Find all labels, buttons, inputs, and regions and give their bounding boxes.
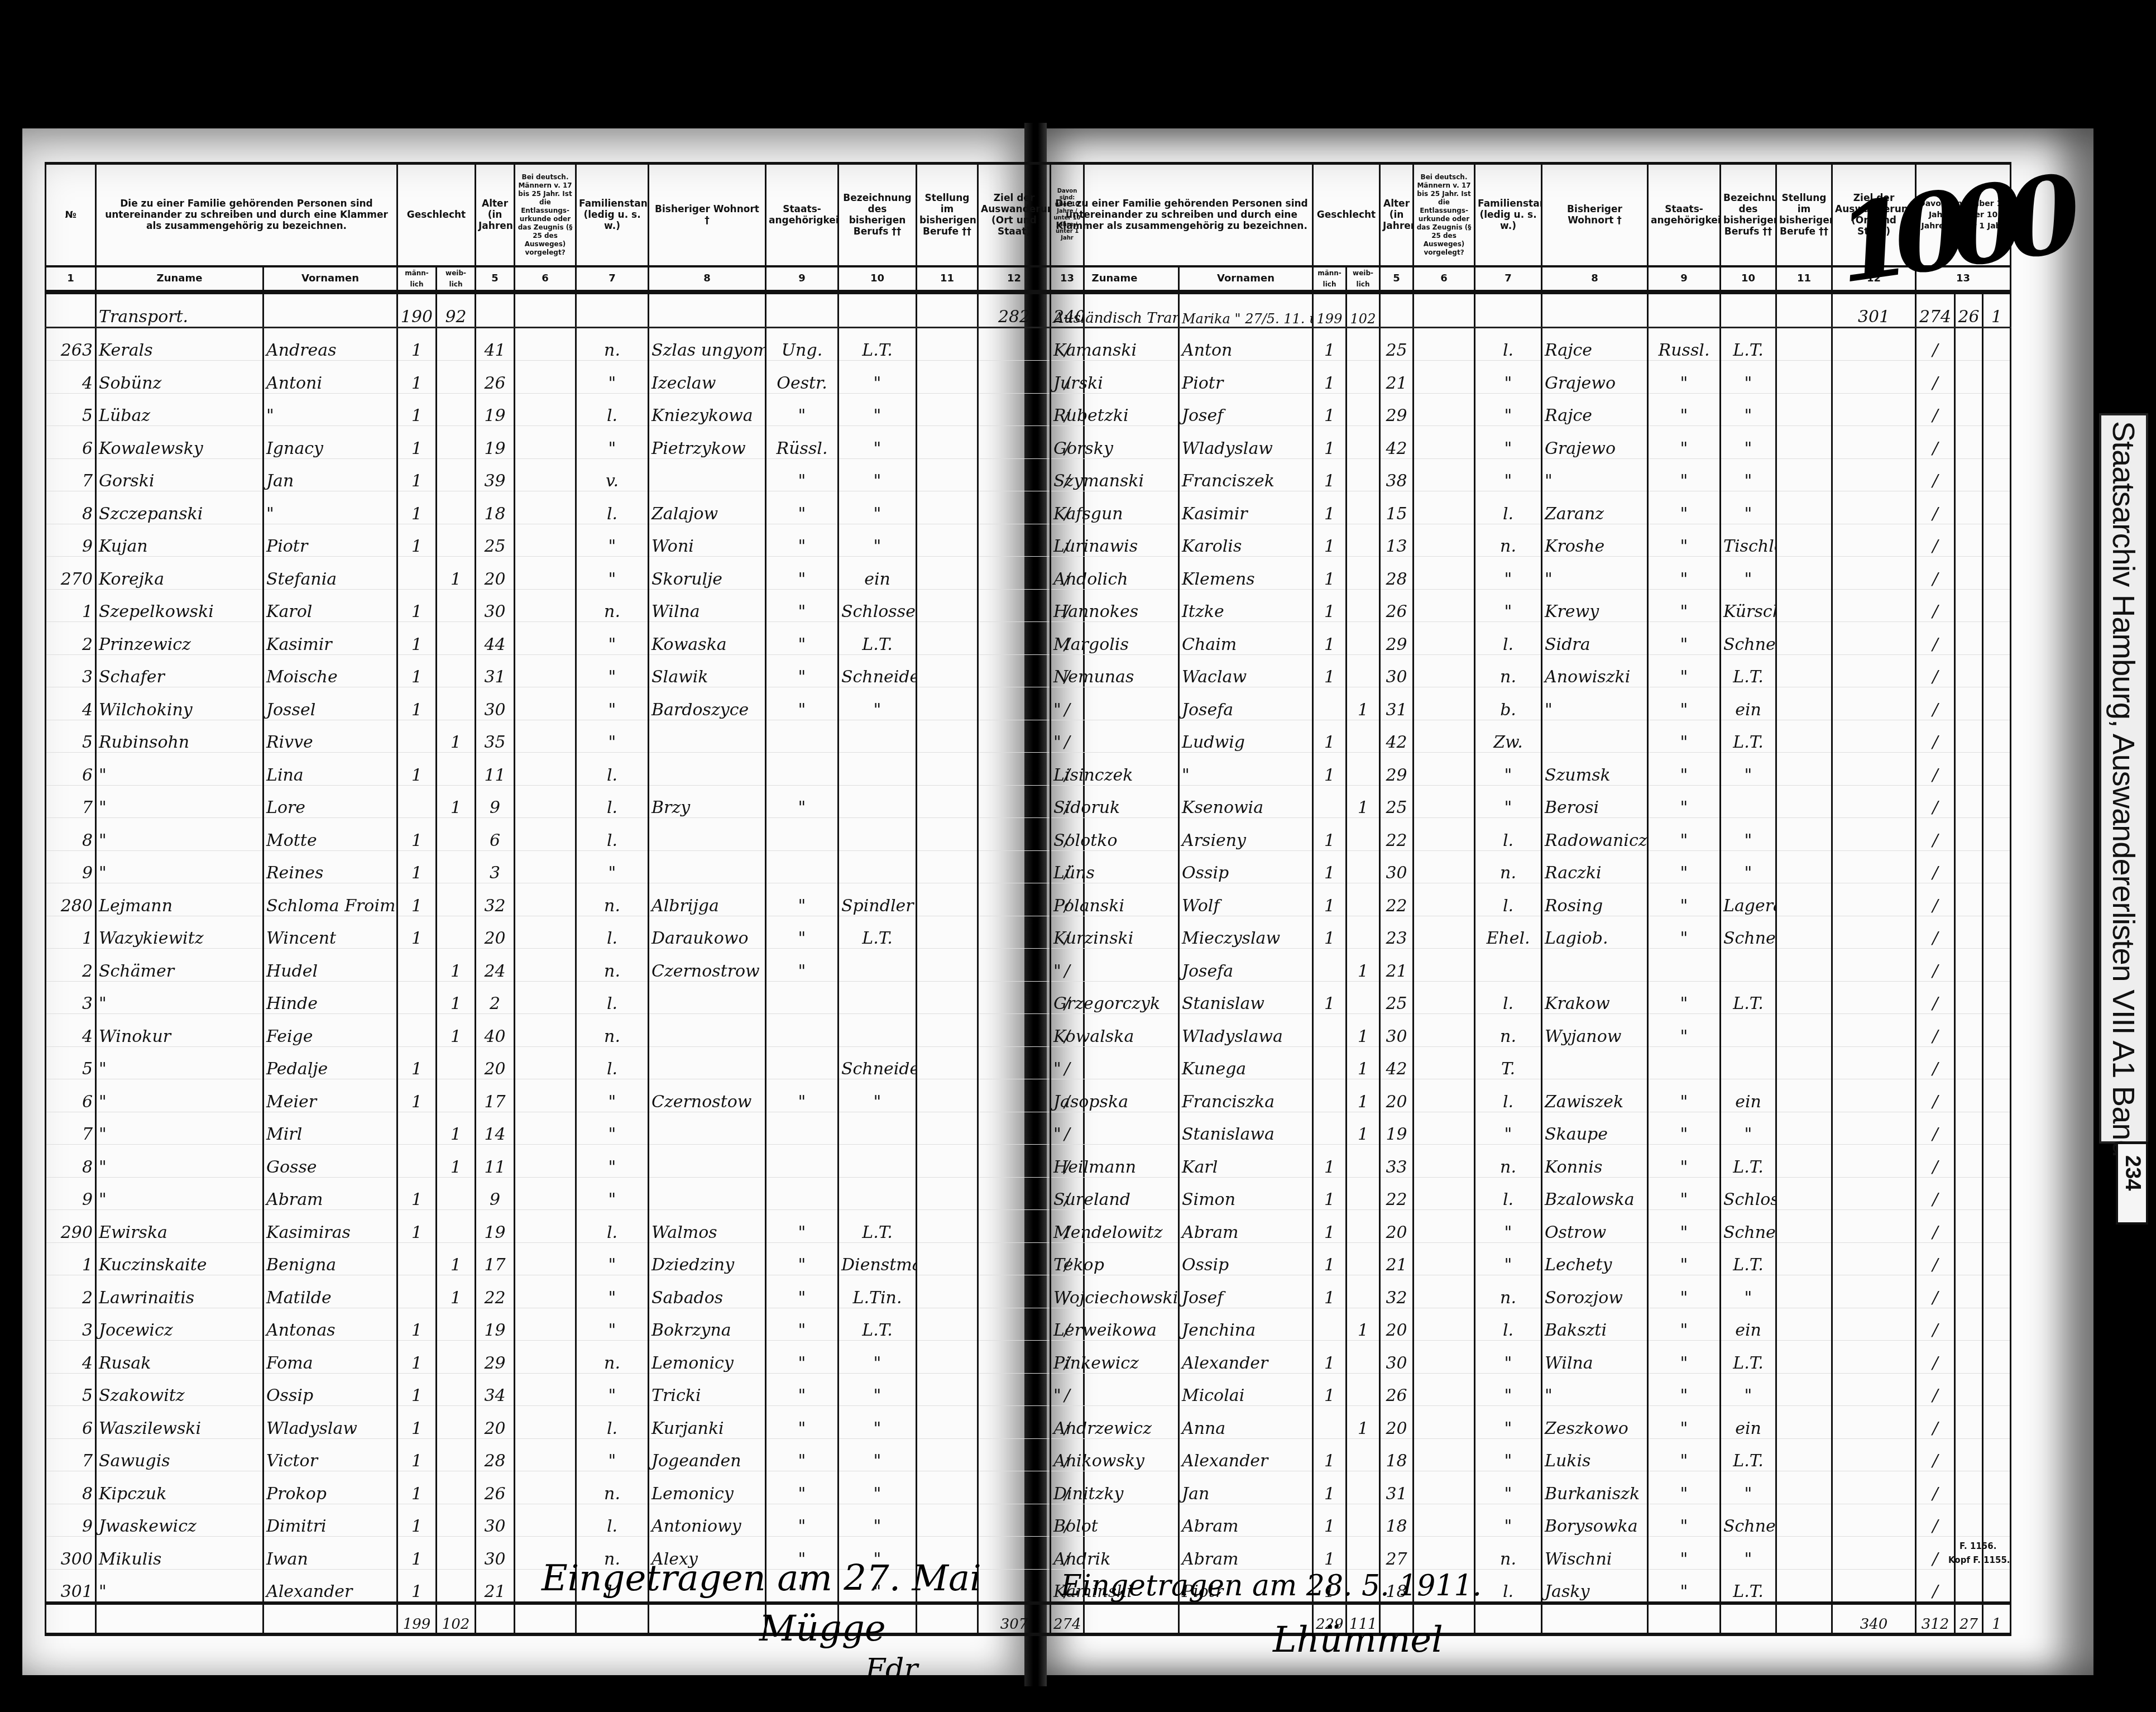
occupation (1721, 1046, 1776, 1079)
davon-under1 (1983, 1014, 2011, 1047)
transport-row: Transport. 190 92 282 240 (46, 292, 1084, 327)
military-doc (1414, 1471, 1475, 1504)
davon-under10 (1955, 491, 1983, 524)
position (917, 1308, 978, 1341)
residence: Jasky (1542, 1569, 1648, 1603)
col-num: 7 (576, 266, 649, 292)
family-status: n. (1475, 654, 1542, 687)
female-mark: 1 (1347, 785, 1380, 818)
occupation: L.T. (1721, 1242, 1776, 1275)
table-row: 263KeralsAndreas141n.Szlas ungyomasiUng.… (46, 327, 1084, 361)
given-name: Schloma Froim (263, 883, 397, 916)
position (917, 458, 978, 491)
davon-tick: / (1916, 327, 1955, 361)
destination (978, 1242, 1051, 1275)
family-status: b. (1475, 687, 1542, 720)
position (917, 622, 978, 655)
destination (1832, 1145, 1916, 1178)
age: 23 (1380, 916, 1414, 949)
age: 20 (1380, 1210, 1414, 1243)
residence (1542, 720, 1648, 753)
military-doc (515, 1438, 576, 1471)
family-status: l. (576, 1046, 649, 1079)
given-name: Victor (263, 1438, 397, 1471)
transport-reference: Marika " 27/5. 11. u. 44. (1179, 292, 1313, 327)
surname: Lejmann (96, 883, 263, 916)
male-mark: 1 (397, 393, 437, 426)
female-mark (1347, 1275, 1380, 1308)
position (1776, 361, 1832, 394)
residence: Szumsk (1542, 753, 1648, 786)
male-mark: 1 (397, 850, 437, 883)
occupation: Schneiderg. (839, 654, 917, 687)
davon-under10 (1955, 1275, 1983, 1308)
residence: Zalajow (649, 491, 766, 524)
davon-under10 (1955, 1145, 1983, 1178)
residence: Izeclaw (649, 361, 766, 394)
given-name: Waclaw (1179, 654, 1313, 687)
age: 29 (1380, 393, 1414, 426)
residence: Krakow (1542, 981, 1648, 1014)
position (1776, 720, 1832, 753)
davon-under1 (1983, 1308, 2011, 1341)
surname: " (96, 1046, 263, 1079)
header-family-note: Die zu einer Familie gehörenden Personen… (96, 164, 397, 267)
tick-mark-icon: / (1932, 341, 1938, 360)
davon-under1 (1983, 1471, 2011, 1504)
female-mark (1347, 1145, 1380, 1178)
tick-mark-icon: / (1932, 1125, 1938, 1144)
given-name: " (263, 393, 397, 426)
position (917, 1438, 978, 1471)
occupation: " (839, 1406, 917, 1439)
family-status: " (576, 1373, 649, 1406)
position (1776, 1569, 1832, 1603)
destination (1832, 1471, 1916, 1504)
table-row: "Josefa131b.""ein/ (1051, 687, 2011, 720)
age: 33 (1380, 1145, 1414, 1178)
col-num: 10 (839, 266, 917, 292)
nationality: " (766, 1242, 839, 1275)
table-row: LerweikowaJenchina120l.Bakszti"ein/ (1051, 1308, 2011, 1341)
davon-tick: / (1916, 1242, 1955, 1275)
family-status: " (1475, 426, 1542, 459)
table-row: 8Szczepanski"118l.Zalajow""/ (46, 491, 1084, 524)
archive-label-text: Staatsarchiv Hamburg, Auswandererlisten … (2106, 421, 2142, 1157)
occupation: ein (1721, 687, 1776, 720)
military-doc (1414, 1341, 1475, 1374)
position (1776, 491, 1832, 524)
family-status: l. (576, 1504, 649, 1537)
age: 31 (476, 654, 515, 687)
age: 19 (476, 1210, 515, 1243)
row-number: 301 (46, 1569, 96, 1603)
residence: Sabados (649, 1275, 766, 1308)
male-mark: 1 (1313, 720, 1347, 753)
family-status: l. (1475, 1079, 1542, 1112)
davon-tick: / (1916, 1504, 1955, 1537)
nationality (1648, 1046, 1721, 1079)
family-status: l. (1475, 818, 1542, 851)
female-mark (1347, 916, 1380, 949)
nationality: " (1648, 361, 1721, 394)
position (1776, 753, 1832, 786)
nationality: " (1648, 1406, 1721, 1439)
residence: Raczki (1542, 850, 1648, 883)
davon-tick: / (1916, 818, 1955, 851)
residence: " (1542, 557, 1648, 590)
tick-mark-icon: / (1932, 831, 1938, 850)
military-doc (515, 654, 576, 687)
given-name: Lina (263, 753, 397, 786)
given-name: Pedalje (263, 1046, 397, 1079)
position (917, 916, 978, 949)
nationality: " (1648, 458, 1721, 491)
destination (978, 818, 1051, 851)
nationality: " (1648, 1537, 1721, 1570)
davon-under10 (1955, 687, 1983, 720)
occupation: Schneiderg. (1721, 1210, 1776, 1243)
davon-under10 (1955, 1471, 1983, 1504)
residence: Wischni (1542, 1537, 1648, 1570)
male-mark: 1 (1313, 327, 1347, 361)
table-row: 3JocewiczAntonas119"Bokrzyna"L.T./ (46, 1308, 1084, 1341)
nationality: " (766, 883, 839, 916)
residence: Rosing (1542, 883, 1648, 916)
surname: Lisinczek (1051, 753, 1179, 786)
transport-label: Ausländisch Transport: (1051, 292, 1179, 327)
female-mark (437, 1341, 476, 1374)
military-doc (1414, 720, 1475, 753)
male-mark: 1 (1313, 1177, 1347, 1210)
age: 20 (1380, 1308, 1414, 1341)
age: 30 (476, 589, 515, 622)
occupation: " (1721, 426, 1776, 459)
position (917, 393, 978, 426)
table-row: 8"Motte16l./ (46, 818, 1084, 851)
age: 20 (1380, 1406, 1414, 1439)
military-doc (515, 818, 576, 851)
nationality (766, 720, 839, 753)
table-row: LünsOssip130n.Raczki""/ (1051, 850, 2011, 883)
surname: Nemunas (1051, 654, 1179, 687)
right-signature: Lhümmel (1273, 1619, 1443, 1661)
nationality: " (1648, 1177, 1721, 1210)
tick-mark-icon: / (1932, 1223, 1938, 1242)
davon-under1 (1983, 785, 2011, 818)
military-doc (515, 1373, 576, 1406)
tick-mark-icon: / (1932, 1386, 1938, 1405)
residence: Skorulje (649, 557, 766, 590)
age: 21 (1380, 361, 1414, 394)
davon-under1 (1983, 327, 2011, 361)
occupation: " (839, 491, 917, 524)
surname: Heilmann (1051, 1145, 1179, 1178)
davon-tick: / (1916, 458, 1955, 491)
given-name: Jenchina (1179, 1308, 1313, 1341)
residence: Wilna (649, 589, 766, 622)
davon-tick: / (1916, 557, 1955, 590)
occupation: " (839, 393, 917, 426)
given-name: Moische (263, 654, 397, 687)
female-mark: 1 (437, 785, 476, 818)
position (1776, 818, 1832, 851)
male-mark: 1 (397, 1537, 437, 1570)
military-doc (1414, 361, 1475, 394)
davon-tick: / (1916, 1471, 1955, 1504)
residence: Sorozjow (1542, 1275, 1648, 1308)
male-mark: 1 (397, 1308, 437, 1341)
davon-tick: / (1916, 1079, 1955, 1112)
col-num: 5 (476, 266, 515, 292)
tick-mark-icon: / (1932, 1158, 1938, 1177)
age: 20 (476, 557, 515, 590)
davon-under10 (1955, 1112, 1983, 1145)
given-name: Feige (263, 1014, 397, 1047)
surname: " (1051, 1373, 1179, 1406)
surname: Schämer (96, 949, 263, 982)
davon-tick: / (1916, 1046, 1955, 1079)
residence (649, 850, 766, 883)
destination (978, 589, 1051, 622)
surname: Winokur (96, 1014, 263, 1047)
header-family-note: Die zu einer Familie gehörenden Personen… (1051, 164, 1313, 267)
davon-under1 (1983, 1210, 2011, 1243)
surname: " (96, 1569, 263, 1603)
military-doc (1414, 1373, 1475, 1406)
davon-tick: / (1916, 981, 1955, 1014)
tick-mark-icon: / (1932, 962, 1938, 981)
row-number: 1 (46, 589, 96, 622)
table-row: DinitzkyJan131"Burkaniszk""/ (1051, 1471, 2011, 1504)
nationality: " (766, 1341, 839, 1374)
residence: Wilna (1542, 1341, 1648, 1374)
nationality: " (766, 785, 839, 818)
residence: Pietrzykow (649, 426, 766, 459)
table-row: 7SawugisVictor128"Jogeanden""/ (46, 1438, 1084, 1471)
age: 27 (1380, 1537, 1414, 1570)
row-number: 290 (46, 1210, 96, 1243)
given-name: Gosse (263, 1145, 397, 1178)
table-row: 9"Abram19"/ (46, 1177, 1084, 1210)
nationality: " (1648, 589, 1721, 622)
age: 28 (1380, 557, 1414, 590)
davon-under10 (1955, 654, 1983, 687)
davon-under1 (1983, 491, 2011, 524)
age: 21 (1380, 949, 1414, 982)
nationality: " (766, 1373, 839, 1406)
position (917, 1341, 978, 1374)
residence: Kniezykowa (649, 393, 766, 426)
davon-under1 (1983, 1569, 2011, 1603)
table-row: 4SobünzAntoni126"IzeclawOestr."/ (46, 361, 1084, 394)
family-status: " (576, 1438, 649, 1471)
table-row: 7"Mirl114"/ (46, 1112, 1084, 1145)
left-entry-note: Eingetragen am 27. Mai (542, 1558, 981, 1599)
family-status: v. (576, 458, 649, 491)
residence: Lemonicy (649, 1471, 766, 1504)
position (1776, 327, 1832, 361)
male-mark (397, 1014, 437, 1047)
destination (978, 426, 1051, 459)
family-status: n. (576, 327, 649, 361)
davon-under10 (1955, 981, 1983, 1014)
table-row: PolanskiWolf122l.Rosing"Lagerarb./ (1051, 883, 2011, 916)
family-status: n. (1475, 524, 1542, 557)
male-mark: 1 (1313, 981, 1347, 1014)
surname: Kowalska (1051, 1014, 1179, 1047)
destination (1832, 785, 1916, 818)
destination (1832, 524, 1916, 557)
military-doc (515, 327, 576, 361)
transport-label: Transport. (96, 292, 263, 327)
destination (1832, 1373, 1916, 1406)
age: 26 (476, 361, 515, 394)
nationality: " (766, 1406, 839, 1439)
row-number: 280 (46, 883, 96, 916)
table-row: 8"Gosse111"/ (46, 1145, 1084, 1178)
davon-under10 (1955, 818, 1983, 851)
residence: Konnis (1542, 1145, 1648, 1178)
nationality: " (766, 557, 839, 590)
davon-tick: / (1916, 589, 1955, 622)
table-row: 8KipczukProkop126n.Lemonicy""/ (46, 1471, 1084, 1504)
nationality: Oestr. (766, 361, 839, 394)
header-occupation: Bezeichnung des bisherigen Berufs †† (839, 164, 917, 267)
position (1776, 1406, 1832, 1439)
given-name: Stanislaw (1179, 981, 1313, 1014)
military-doc (515, 557, 576, 590)
female-mark (1347, 1504, 1380, 1537)
destination (978, 1014, 1051, 1047)
position (1776, 1341, 1832, 1374)
nationality: " (1648, 1341, 1721, 1374)
age: 25 (476, 524, 515, 557)
surname: Kurzinski (1051, 916, 1179, 949)
davon-tick: / (1916, 654, 1955, 687)
total-cell (1051, 1603, 1179, 1634)
male-mark (397, 1275, 437, 1308)
female-mark (1347, 361, 1380, 394)
davon-under10 (1955, 1341, 1983, 1374)
military-doc (1414, 818, 1475, 851)
table-row: 6KowalewskyIgnacy119"PietrzykowRüssl."/ (46, 426, 1084, 459)
age: 20 (476, 1046, 515, 1079)
destination (978, 1471, 1051, 1504)
residence: Sidra (1542, 622, 1648, 655)
age: 28 (476, 1438, 515, 1471)
given-name: Mieczyslaw (1179, 916, 1313, 949)
surname: Ewirska (96, 1210, 263, 1243)
male-mark: 1 (397, 1438, 437, 1471)
occupation: " (1721, 1112, 1776, 1145)
surname: Polanski (1051, 883, 1179, 916)
tick-mark-icon: / (1932, 798, 1938, 817)
surname: Schafer (96, 654, 263, 687)
residence: Skaupe (1542, 1112, 1648, 1145)
age: 29 (476, 1341, 515, 1374)
male-mark: 1 (397, 622, 437, 655)
family-status: " (576, 1242, 649, 1275)
nationality: " (1648, 622, 1721, 655)
family-status: n. (1475, 1014, 1542, 1047)
row-number: 2 (46, 622, 96, 655)
total-cell: 102 (437, 1603, 476, 1634)
tick-mark-icon: / (1932, 439, 1938, 458)
occupation: " (839, 361, 917, 394)
col-num: 11 (1776, 266, 1832, 292)
position (917, 654, 978, 687)
military-doc (1414, 1112, 1475, 1145)
family-status: " (1475, 393, 1542, 426)
age: 14 (476, 1112, 515, 1145)
female-mark: 1 (1347, 1406, 1380, 1439)
residence: " (1542, 687, 1648, 720)
family-status: Ehel. (1475, 916, 1542, 949)
given-name: Josefa (1179, 949, 1313, 982)
given-name: Wladyslawa (1179, 1014, 1313, 1047)
family-status: " (576, 720, 649, 753)
destination (978, 1145, 1051, 1178)
female-mark (437, 458, 476, 491)
position (1776, 981, 1832, 1014)
table-row: 5SzakowitzOssip134"Tricki""/ (46, 1373, 1084, 1406)
female-mark (1347, 1242, 1380, 1275)
davon-under1 (1983, 557, 2011, 590)
age: 42 (1380, 1046, 1414, 1079)
row-number: 4 (46, 361, 96, 394)
row-number: 5 (46, 1373, 96, 1406)
occupation: " (1721, 1537, 1776, 1570)
male-mark: 1 (1313, 557, 1347, 590)
age: 18 (476, 491, 515, 524)
age: 29 (1380, 753, 1414, 786)
position (917, 949, 978, 982)
female-mark (437, 327, 476, 361)
male-mark (1313, 1046, 1347, 1079)
col-num: Vornamen (263, 266, 397, 292)
col-num: weib-lich (1347, 266, 1380, 292)
davon-tick: / (1916, 491, 1955, 524)
military-doc (1414, 1079, 1475, 1112)
table-row: 5Lübaz"119l.Kniezykowa""/ (46, 393, 1084, 426)
age: 34 (476, 1373, 515, 1406)
residence (1542, 949, 1648, 982)
row-number: 9 (46, 850, 96, 883)
table-row: Lisinczek"129"Szumsk""/ (1051, 753, 2011, 786)
position (1776, 1014, 1832, 1047)
position (917, 361, 978, 394)
surname: " (1051, 687, 1179, 720)
military-doc (1414, 1145, 1475, 1178)
occupation (839, 1177, 917, 1210)
destination (978, 1210, 1051, 1243)
military-doc (1414, 458, 1475, 491)
surname: Kerals (96, 327, 263, 361)
family-status: " (1475, 1406, 1542, 1439)
female-mark: 1 (437, 1275, 476, 1308)
davon-tick: / (1916, 1438, 1955, 1471)
row-number: 8 (46, 818, 96, 851)
table-row: TekopOssip121"Lechety"L.T./ (1051, 1242, 2011, 1275)
davon-under10 (1955, 361, 1983, 394)
family-status: l. (576, 785, 649, 818)
destination (978, 981, 1051, 1014)
surname: " (96, 850, 263, 883)
age: 25 (1380, 785, 1414, 818)
position (917, 1504, 978, 1537)
destination (978, 1438, 1051, 1471)
